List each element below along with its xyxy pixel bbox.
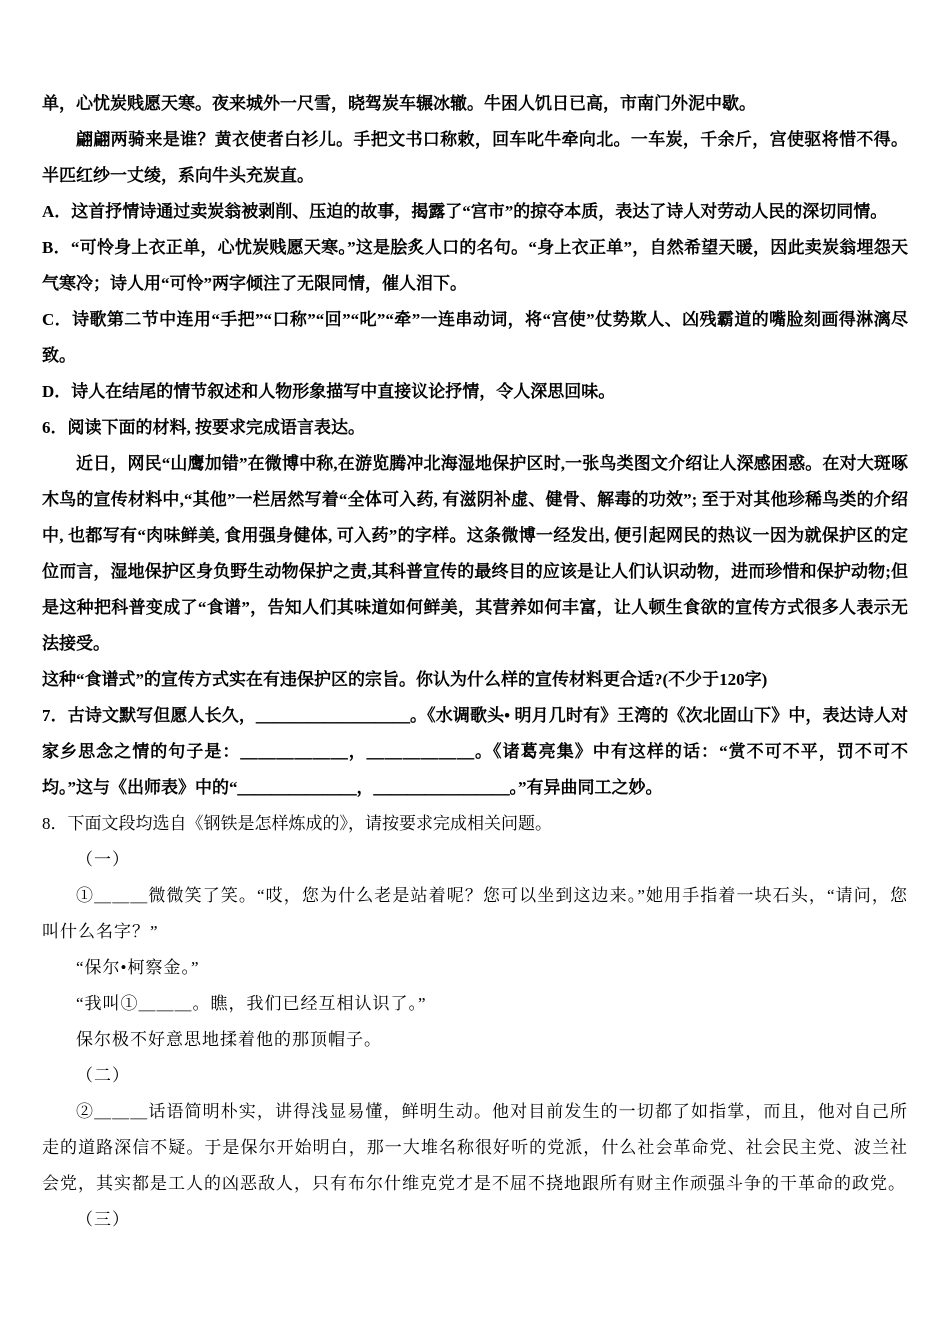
question-8-stem: 8．下面文段均选自《钢铁是怎样炼成的》，请按要求完成相关问题。 [42, 806, 908, 842]
option-d: D．诗人在结尾的情节叙述和人物形象描写中直接议论抒情，令人深思回味。 [42, 374, 908, 410]
exam-page: 单，心忧炭贱愿天寒。夜来城外一尺雪，晓驾炭车辗冰辙。牛困人饥日已高，市南门外泥中… [0, 0, 950, 1344]
section-1-label: （一） [42, 842, 908, 878]
option-a: A．这首抒情诗通过卖炭翁被剥削、压迫的故事，揭露了“宫市”的掠夺本质，表达了诗人… [42, 194, 908, 230]
excerpt-1-dialogue-reply: “我叫①＿＿＿。瞧，我们已经互相认识了。” [42, 986, 908, 1022]
excerpt-1-paragraph: ①＿＿＿微微笑了笑。“哎，您为什么老是站着呢？您可以坐到这边来。”她用手指着一块… [42, 878, 908, 950]
section-3-label: （三） [42, 1202, 908, 1238]
question-6-task: 这种“食谱式”的宣传方式实在有违保护区的宗旨。你认为什么样的宣传材料更合适?(不… [42, 662, 908, 698]
poem-stanza-2: 翩翩两骑来是谁？黄衣使者白衫儿。手把文书口称敕，回车叱牛牵向北。一车炭，千余斤，… [42, 122, 908, 194]
question-6-stem: 6．阅读下面的材料, 按要求完成语言表达。 [42, 410, 908, 446]
option-c: C．诗歌第二节中连用“手把”“口称”“回”“叱”“牵”一连串动词，将“宫使”仗势… [42, 302, 908, 374]
poem-line-continuation: 单，心忧炭贱愿天寒。夜来城外一尺雪，晓驾炭车辗冰辙。牛困人饥日已高，市南门外泥中… [42, 86, 908, 122]
excerpt-1-narration: 保尔极不好意思地揉着他的那顶帽子。 [42, 1022, 908, 1058]
section-2-label: （二） [42, 1058, 908, 1094]
excerpt-2-paragraph: ②＿＿＿话语简明朴实，讲得浅显易懂，鲜明生动。他对目前发生的一切都了如指掌，而且… [42, 1094, 908, 1202]
question-7-dictation: 7．古诗文默写但愿人长久，＿＿＿＿＿＿＿＿＿。《水调歌头• 明月几时有》王湾的《… [42, 698, 908, 806]
excerpt-1-dialogue-name: “保尔•柯察金。” [42, 950, 908, 986]
option-b: B．“可怜身上衣正单，心忧炭贱愿天寒。”这是脍炙人口的名句。“身上衣正单”，自然… [42, 230, 908, 302]
question-6-material: 近日，网民“山鹰加错”在微博中称,在游览腾冲北海湿地保护区时,一张鸟类图文介绍让… [42, 446, 908, 662]
